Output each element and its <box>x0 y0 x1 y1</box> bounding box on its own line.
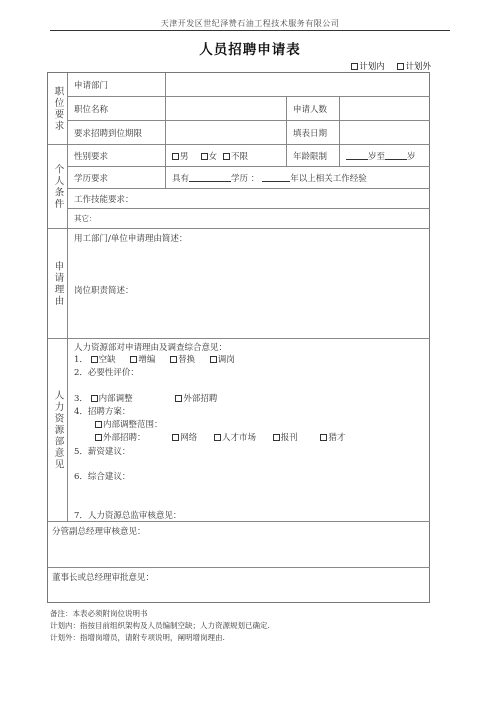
option-vacancy[interactable]: 空缺 <box>91 355 116 365</box>
label-fill-date: 填表日期 <box>287 121 340 145</box>
channel-headhunter[interactable]: 猎才 <box>320 433 345 443</box>
education-requirement: 具有学历 ：年以上相关工作经验 <box>166 167 430 189</box>
label-gender: 性别要求 <box>68 145 166 167</box>
checkbox-icon[interactable] <box>172 434 179 441</box>
option-transfer[interactable]: 调岗 <box>210 355 235 365</box>
checkbox-icon[interactable] <box>91 356 98 363</box>
page-title: 人员招聘申请表 <box>0 38 500 58</box>
gender-options: 男 女 不限 <box>166 145 287 167</box>
age-to-field[interactable] <box>385 151 407 160</box>
section-label-hr: 人力资源部意见 <box>48 339 68 522</box>
checkbox-icon[interactable] <box>175 395 182 402</box>
plan-type-options: 计划内 计划外 <box>341 60 431 72</box>
dept-reason-label: 用工部门/单位申请理由简述： <box>74 232 430 244</box>
channel-talent-market[interactable]: 人才市场 <box>214 433 256 443</box>
age-from-field[interactable] <box>346 151 368 160</box>
gender-male[interactable]: 男 <box>172 150 189 162</box>
footnotes: 备注：本表必须附岗位说明书 计划内：指按目前组织架构及人员编制空缺；人力资源规划… <box>50 608 270 644</box>
checkbox-icon[interactable] <box>397 63 404 70</box>
hr-item-6: 6．综合建议： <box>74 470 130 482</box>
option-replacement[interactable]: 替换 <box>170 355 195 365</box>
option-external-scope[interactable]: 外部招聘： <box>95 433 146 443</box>
checkbox-icon[interactable] <box>223 153 230 160</box>
channel-newspaper[interactable]: 报刊 <box>273 433 298 443</box>
checkbox-icon[interactable] <box>172 153 179 160</box>
checkbox-icon[interactable] <box>214 434 221 441</box>
header-rule <box>50 30 450 31</box>
headcount-field[interactable] <box>340 97 430 121</box>
hr-item-2: 2．必要性评价： <box>74 366 139 378</box>
recruitment-form: 职位要求 申请部门 职位名称 申请人数 要求招聘到位期限 填表日期 个人条件 性… <box>47 72 430 603</box>
education-level-field[interactable] <box>189 173 231 182</box>
company-name: 天津开发区世纪泽赞石油工程技术服务有限公司 <box>0 18 500 29</box>
gender-female[interactable]: 女 <box>201 150 218 162</box>
deadline-field[interactable] <box>166 121 287 145</box>
label-education: 学历要求 <box>68 167 166 189</box>
label-age: 年龄限制 <box>287 145 340 167</box>
section-label-personal: 个人条件 <box>48 145 68 229</box>
hr-item-3: 3． 内部调整 外部招聘 <box>74 392 229 404</box>
fill-date-field[interactable] <box>340 121 430 145</box>
label-department: 申请部门 <box>68 73 166 97</box>
checkbox-icon[interactable] <box>95 434 102 441</box>
note-2: 计划内：指按目前组织架构及人员编制空缺；人力资源规划已确定. <box>50 620 270 632</box>
option-expansion[interactable]: 增编 <box>130 355 155 365</box>
vp-approval-field[interactable]: 分管副总经理审核意见： <box>48 522 430 568</box>
note-1: 备注：本表必须附岗位说明书 <box>50 608 270 620</box>
checkbox-icon[interactable] <box>273 434 280 441</box>
option-internal-scope[interactable]: 内部调整范围： <box>95 418 163 430</box>
plan-out-option[interactable]: 计划外 <box>397 62 431 72</box>
checkbox-icon[interactable] <box>170 356 177 363</box>
checkbox-icon[interactable] <box>91 395 98 402</box>
label-deadline: 要求招聘到位期限 <box>68 121 166 145</box>
position-field[interactable] <box>166 97 287 121</box>
ceo-approval-field[interactable]: 董事长或总经理审批意见： <box>48 568 430 603</box>
hr-intro: 人力资源部对申请理由及调查综合意见： <box>74 341 227 353</box>
option-external-hire[interactable]: 外部招聘 <box>175 394 217 404</box>
skills-field[interactable]: 工作技能要求： <box>68 189 430 209</box>
duty-label: 岗位职责简述： <box>74 284 430 296</box>
checkbox-icon[interactable] <box>95 421 102 428</box>
hr-item-4: 4．招聘方案： <box>74 405 130 417</box>
checkbox-icon[interactable] <box>201 153 208 160</box>
hr-item-1: 1． 空缺 增编 替换 调岗 <box>74 353 247 365</box>
section-label-job: 职位要求 <box>48 73 68 145</box>
department-field[interactable] <box>166 73 430 97</box>
age-range: 岁至岁 <box>340 145 430 167</box>
plan-in-option[interactable]: 计划内 <box>351 62 385 72</box>
hr-item-7: 7．人力资源总监审核意见： <box>74 509 181 521</box>
section-label-reason: 申请理由 <box>48 229 68 339</box>
label-position: 职位名称 <box>68 97 166 121</box>
gender-any[interactable]: 不限 <box>223 150 248 162</box>
reason-field[interactable]: 用工部门/单位申请理由简述： 岗位职责简述： <box>68 229 430 339</box>
checkbox-icon[interactable] <box>210 356 217 363</box>
experience-years-field[interactable] <box>262 173 290 182</box>
option-internal-adjust[interactable]: 内部调整 <box>91 394 133 404</box>
hr-opinion-block[interactable]: 人力资源部对申请理由及调查综合意见： 1． 空缺 增编 替换 调岗 2．必要性评… <box>68 339 430 522</box>
hr-item-5: 5．薪资建议： <box>74 445 130 457</box>
checkbox-icon[interactable] <box>351 63 358 70</box>
checkbox-icon[interactable] <box>130 356 137 363</box>
checkbox-icon[interactable] <box>320 434 327 441</box>
hr-external-channels: 外部招聘： 网络 人才市场 报刊 猎才 <box>95 431 357 443</box>
label-headcount: 申请人数 <box>287 97 340 121</box>
other-field[interactable]: 其它： <box>68 209 430 229</box>
channel-online[interactable]: 网络 <box>172 433 197 443</box>
note-3: 计划外：指增岗增员，请附专项说明，阐明增岗理由. <box>50 632 270 644</box>
